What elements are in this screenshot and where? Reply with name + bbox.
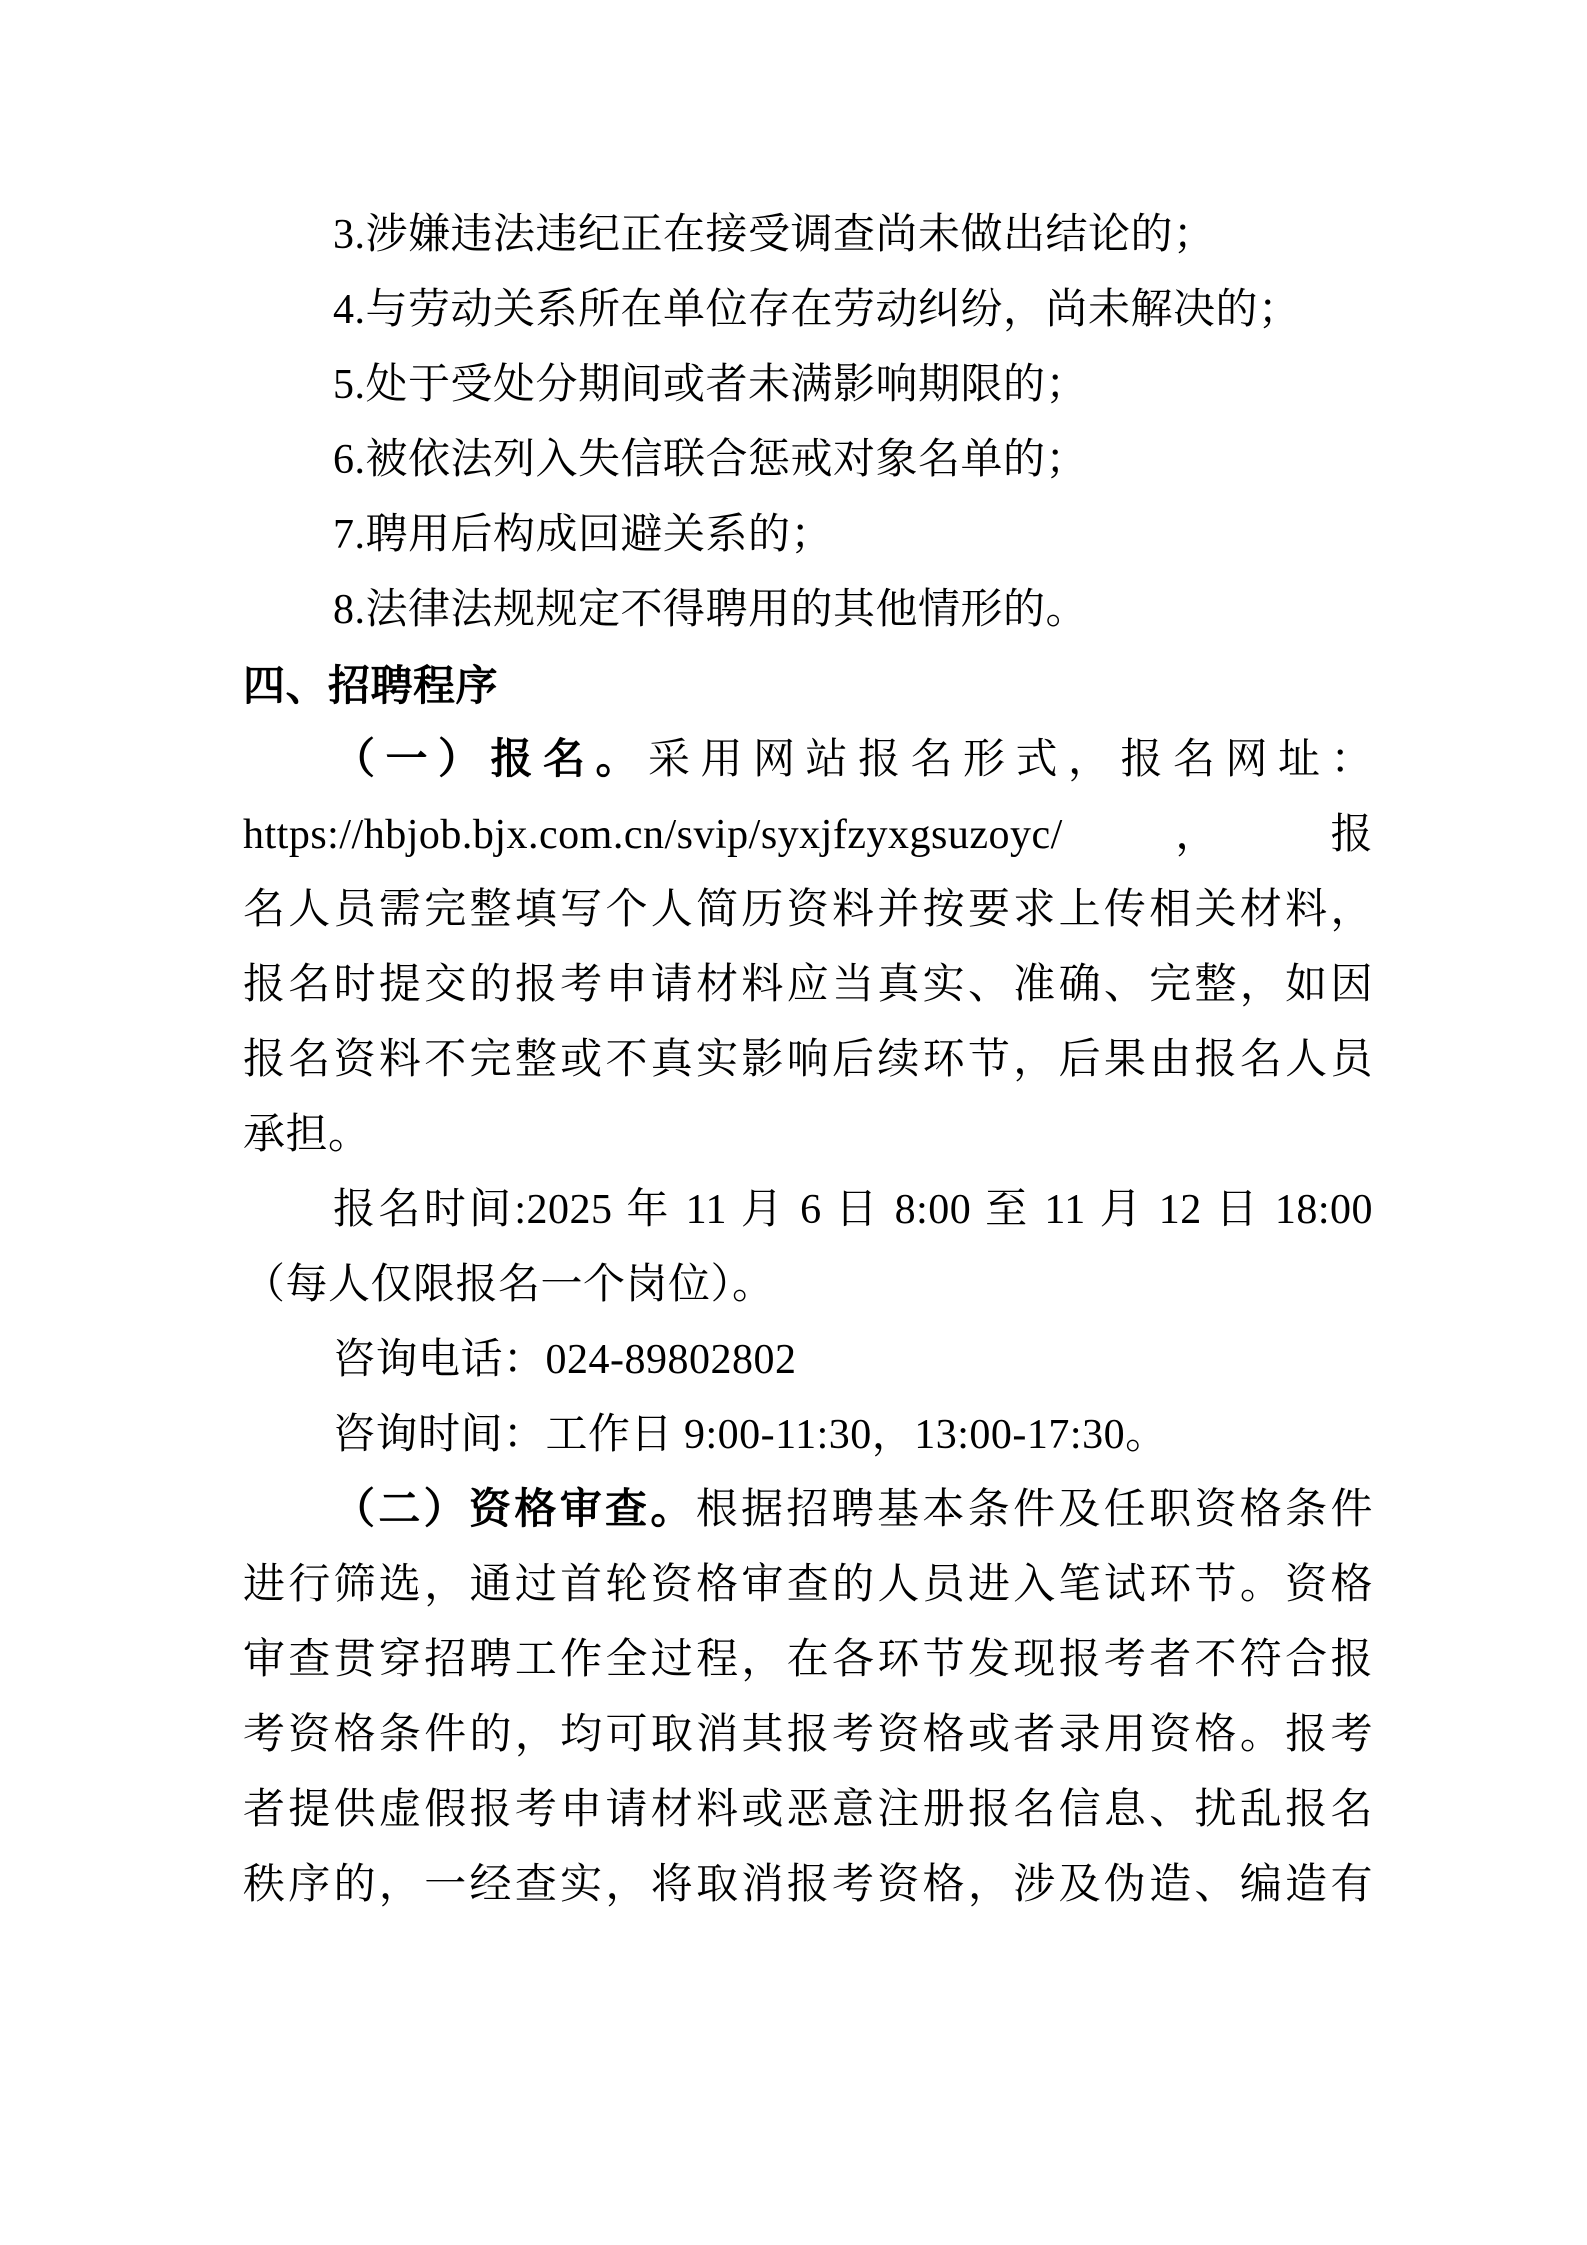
document-page: 3.涉嫌违法违纪正在接受调查尚未做出结论的； 4.与劳动关系所在单位存在劳动纠纷… bbox=[0, 0, 1587, 2245]
paragraph-registration-line-3: 名人员需完整填写个人简历资料并按要求上传相关材料， bbox=[243, 873, 1373, 948]
registration-url-line: https://hbjob.bjx.com.cn/svip/syxjfzyxgs… bbox=[243, 798, 1373, 873]
paragraph-registration-line-5: 报名资料不完整或不真实影响后续环节，后果由报名人员 bbox=[243, 1023, 1373, 1098]
list-item-4: 4.与劳动关系所在单位存在劳动纠纷，尚未解决的； bbox=[243, 273, 1373, 348]
registration-time-line-1: 报名时间:2025 年 11 月 6 日 8:00 至 11 月 12 日 18… bbox=[243, 1173, 1373, 1248]
registration-lead-label: （一）报名。 bbox=[333, 737, 648, 783]
paragraph-qualification-line-6: 秩序的，一经查实，将取消报考资格，涉及伪造、编造有 bbox=[243, 1848, 1373, 1923]
list-item-8: 8.法律法规规定不得聘用的其他情形的。 bbox=[243, 573, 1373, 648]
qualification-line-1-text: 根据招聘基本条件及任职资格条件 bbox=[696, 1487, 1373, 1533]
paragraph-registration-line-4: 报名时提交的报考申请材料应当真实、准确、完整，如因 bbox=[243, 948, 1373, 1023]
list-item-6: 6.被依法列入失信联合惩戒对象名单的； bbox=[243, 423, 1373, 498]
paragraph-registration-line-6: 承担。 bbox=[243, 1098, 1373, 1173]
qualification-lead-label: （二）资格审查。 bbox=[333, 1487, 696, 1533]
paragraph-qualification-line-5: 者提供虚假报考申请材料或恶意注册报名信息、扰乱报名 bbox=[243, 1773, 1373, 1848]
paragraph-qualification-line-4: 考资格条件的，均可取消其报考资格或者录用资格。报考 bbox=[243, 1698, 1373, 1773]
paragraph-qualification-line-1: （二）资格审查。根据招聘基本条件及任职资格条件 bbox=[243, 1473, 1373, 1548]
registration-time-line-2: （每人仅限报名一个岗位）。 bbox=[243, 1248, 1373, 1323]
document-body: 3.涉嫌违法违纪正在接受调查尚未做出结论的； 4.与劳动关系所在单位存在劳动纠纷… bbox=[243, 198, 1373, 1923]
section-heading-recruitment-procedure: 四、招聘程序 bbox=[243, 648, 1373, 723]
paragraph-qualification-line-2: 进行筛选，通过首轮资格审查的人员进入笔试环节。资格 bbox=[243, 1548, 1373, 1623]
registration-line-1-text: 采用网站报名形式，报名网址： bbox=[648, 737, 1373, 783]
list-item-5: 5.处于受处分期间或者未满影响期限的； bbox=[243, 348, 1373, 423]
consult-hours-line: 咨询时间：工作日 9:00-11:30，13:00-17:30。 bbox=[243, 1398, 1373, 1473]
paragraph-registration-line-1: （一）报名。采用网站报名形式，报名网址： bbox=[243, 723, 1373, 798]
list-item-7: 7.聘用后构成回避关系的； bbox=[243, 498, 1373, 573]
list-item-3: 3.涉嫌违法违纪正在接受调查尚未做出结论的； bbox=[243, 198, 1373, 273]
consult-phone-line: 咨询电话：024-89802802 bbox=[243, 1323, 1373, 1398]
paragraph-qualification-line-3: 审查贯穿招聘工作全过程，在各环节发现报考者不符合报 bbox=[243, 1623, 1373, 1698]
